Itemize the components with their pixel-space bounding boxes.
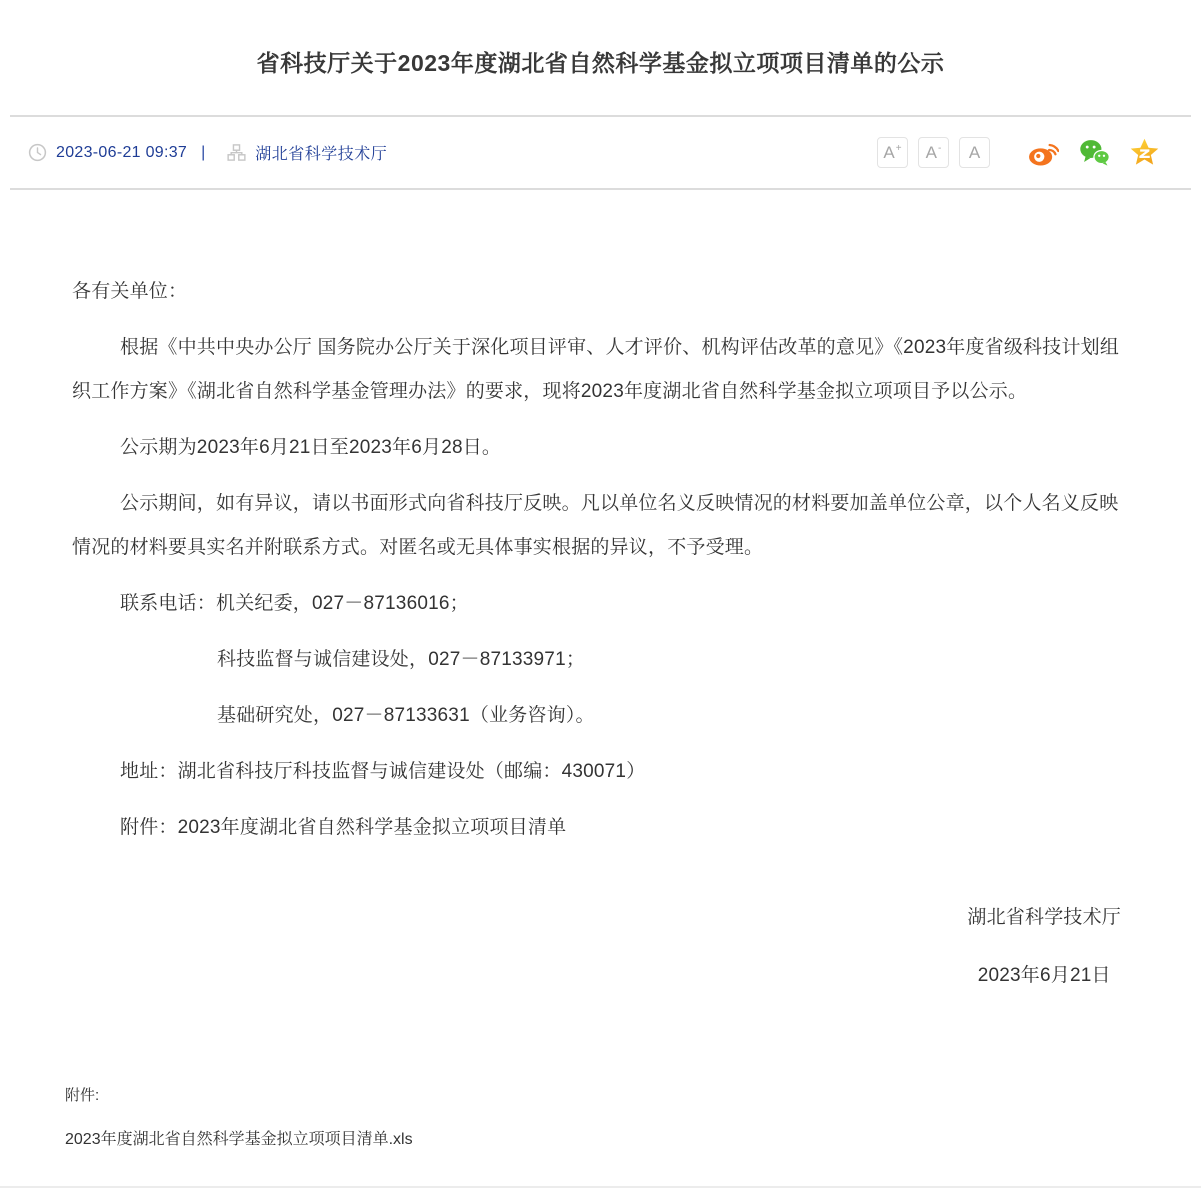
attachment-ref-line: 附件：2023年度湖北省自然科学基金拟立项项目清单: [72, 806, 1121, 850]
contact-phone-line-2: 科技监督与诚信建设处，027－87133971；: [72, 638, 1121, 682]
meta-separator: |: [201, 144, 205, 162]
article-body: 各有关单位： 根据《中共中央办公厅 国务院办公厅关于深化项目评审、人才评价、机构…: [0, 190, 1201, 998]
signature-block: 湖北省科学技术厅 2023年6月21日: [967, 896, 1121, 998]
paragraph-basis: 根据《中共中央办公厅 国务院办公厅关于深化项目评审、人才评价、机构评估改革的意见…: [72, 326, 1121, 414]
meta-actions: A+ A- A: [877, 137, 1159, 168]
attachment-file-link[interactable]: 2023年度湖北省自然科学基金拟立项项目清单.xls: [65, 1130, 413, 1150]
article-header: 省科技厅关于2023年度湖北省自然科学基金拟立项项目清单的公示: [0, 0, 1201, 115]
publish-date: 2023-06-21 09:37: [56, 144, 187, 162]
signature-date: 2023年6月21日: [967, 954, 1121, 998]
salutation: 各有关单位：: [72, 270, 1121, 314]
paragraph-objection: 公示期间，如有异议，请以书面形式向省科技厅反映。凡以单位名义反映情况的材料要加盖…: [72, 482, 1121, 570]
font-decrease-label: A: [926, 144, 937, 161]
font-increase-button[interactable]: A+: [877, 137, 908, 168]
share-weibo-icon[interactable]: [1028, 139, 1059, 166]
attachments-label: 附件:: [65, 1086, 1136, 1106]
font-reset-label: A: [969, 144, 980, 161]
source-link[interactable]: 湖北省科学技术厅: [255, 141, 387, 164]
font-decrease-sign: -: [938, 144, 941, 154]
meta-bar: 2023-06-21 09:37 | 湖北省科学技术厅 A+ A- A: [0, 117, 1201, 188]
font-increase-label: A: [883, 144, 894, 161]
font-decrease-button[interactable]: A-: [918, 137, 949, 168]
paragraph-publicity-period: 公示期为2023年6月21日至2023年6月28日。: [72, 426, 1121, 470]
clock-icon: [28, 143, 47, 162]
share-qzone-icon[interactable]: [1130, 138, 1159, 167]
attachments-section: 附件: 2023年度湖北省自然科学基金拟立项项目清单.xls: [0, 998, 1201, 1150]
meta-info: 2023-06-21 09:37 | 湖北省科学技术厅: [28, 141, 387, 164]
article-page: 省科技厅关于2023年度湖北省自然科学基金拟立项项目清单的公示 2023-06-…: [0, 0, 1201, 1188]
page-title: 省科技厅关于2023年度湖北省自然科学基金拟立项项目清单的公示: [80, 46, 1121, 80]
signature-org: 湖北省科学技术厅: [967, 896, 1121, 940]
org-sitemap-icon: [227, 143, 246, 162]
font-reset-button[interactable]: A: [959, 137, 990, 168]
address-line: 地址：湖北省科技厅科技监督与诚信建设处（邮编：430071）: [72, 750, 1121, 794]
share-wechat-icon[interactable]: [1079, 138, 1110, 167]
contact-phone-line-1: 联系电话：机关纪委，027－87136016；: [72, 582, 1121, 626]
font-increase-sign: +: [896, 144, 902, 154]
contact-phone-line-3: 基础研究处，027－87133631（业务咨询）。: [72, 694, 1121, 738]
